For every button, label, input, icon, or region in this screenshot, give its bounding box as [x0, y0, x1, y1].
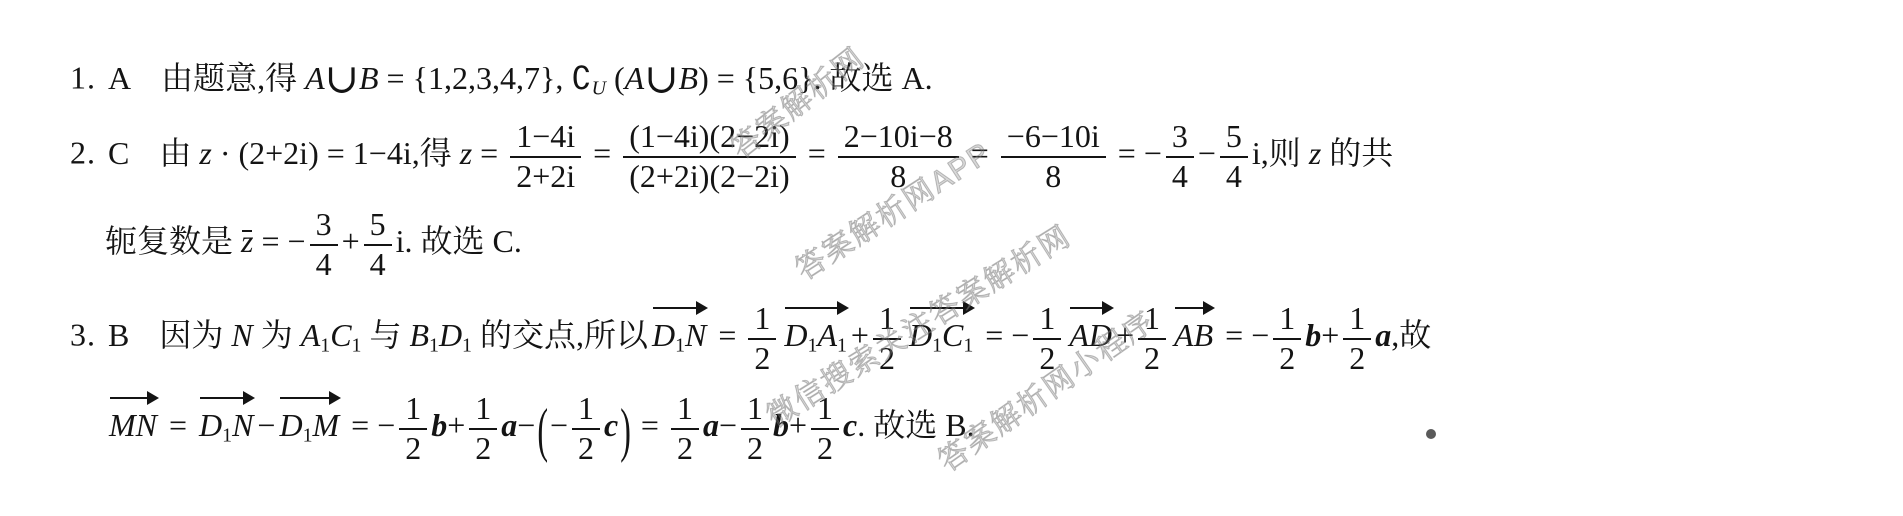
question-number: 2.: [70, 135, 96, 171]
solution-math: 轭复数是 z = −34+54i. 故选 C.: [105, 223, 522, 259]
answer-sheet-page: 1.A由题意,得 A∪B = {1,2,3,4,7}, ∁U (A∪B) = {…: [0, 0, 1903, 516]
answer-letter: B: [108, 317, 129, 353]
solution-math: MN = D1N−D1M = −12b+12a−(−12c) = 12a−12b…: [105, 407, 975, 443]
solution-math: 因为 N 为 A1C1 与 B1D1 的交点,所以D1N = 12D1A1+12…: [159, 317, 1431, 353]
answer-letter: C: [108, 135, 129, 171]
stray-dot: [1426, 429, 1436, 439]
question-number: 3.: [70, 317, 96, 353]
